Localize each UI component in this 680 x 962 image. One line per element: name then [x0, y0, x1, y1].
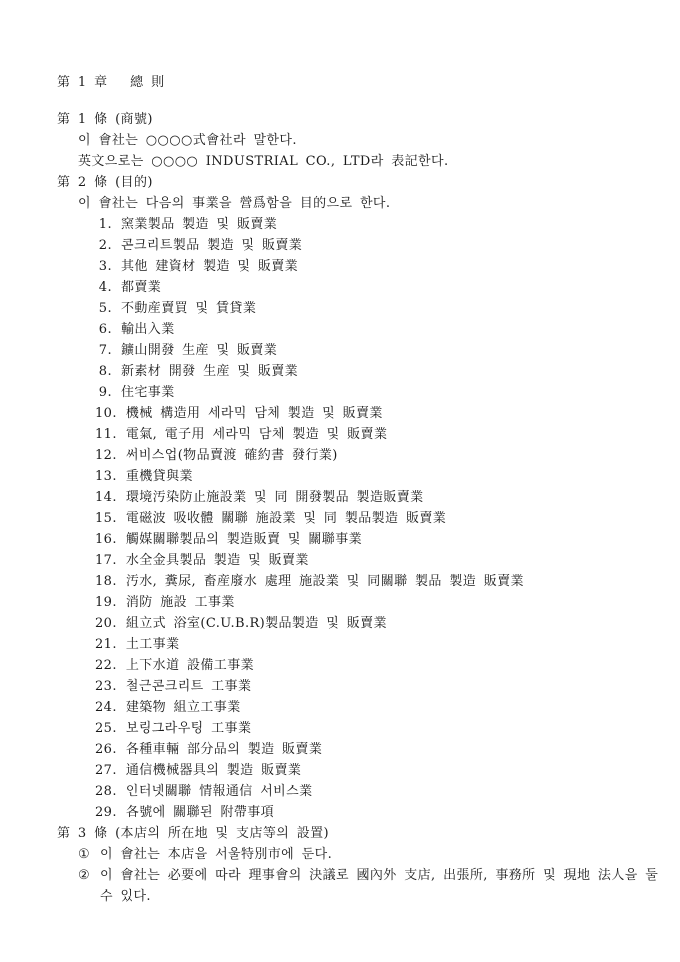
item-text: 環境汚染防止施設業 및 同 開發製品 製造販賣業 — [126, 487, 424, 508]
item-number: 26. — [95, 739, 117, 760]
business-item: 22. 上下水道 設備工事業 — [57, 655, 650, 676]
item-text: 上下水道 設備工事業 — [126, 655, 254, 676]
item-text: 窯業製品 製造 및 販賣業 — [121, 214, 277, 235]
item-number: 29. — [95, 802, 117, 823]
business-item: 28. 인터넷關聯 情報通信 서비스業 — [57, 781, 650, 802]
article-2-heading: 第 2 條 (目的) — [57, 172, 650, 193]
item-number: 9. — [95, 382, 112, 403]
clause-2-line-1: 이 會社는 必要에 따라 理事會의 決議로 國內外 支店, 出張所, 事務所 및… — [100, 865, 658, 886]
business-item: 9. 住宅事業 — [57, 382, 650, 403]
business-item: 15. 電磁波 吸收體 關聯 施設業 및 同 製品製造 販賣業 — [57, 508, 650, 529]
item-number: 15. — [95, 508, 117, 529]
item-text: 鑛山開發 生産 및 販賣業 — [121, 340, 277, 361]
item-number: 24. — [95, 697, 117, 718]
item-text: 電氣, 電子用 세라믹 담체 製造 및 販賣業 — [126, 424, 387, 445]
item-number: 6. — [95, 319, 112, 340]
item-text: 不動産賣買 및 賃貸業 — [121, 298, 256, 319]
item-text: 各種車輛 部分品의 製造 販賣業 — [126, 739, 322, 760]
item-number: 1. — [95, 214, 112, 235]
clause-1-line: 이 會社는 本店을 서울特別市에 둔다. — [100, 844, 332, 865]
business-item: 8. 新素材 開發 生産 및 販賣業 — [57, 361, 650, 382]
business-item: 24. 建築物 組立工事業 — [57, 697, 650, 718]
item-text: 組立式 浴室(C.U.B.R)製品製造 및 販賣業 — [126, 613, 387, 634]
item-text: 都賣業 — [121, 277, 161, 298]
item-number: 11. — [95, 424, 117, 445]
clause-1-text: 이 會社는 本店을 서울特別市에 둔다. — [100, 844, 332, 865]
business-item: 5. 不動産賣買 및 賃貸業 — [57, 298, 650, 319]
article-3-clause-2: ② 이 會社는 必要에 따라 理事會의 決議로 國內外 支店, 出張所, 事務所… — [57, 865, 650, 907]
business-item: 14. 環境汚染防止施設業 및 同 開發製品 製造販賣業 — [57, 487, 650, 508]
item-number: 21. — [95, 634, 117, 655]
business-item: 3. 其他 建資材 製造 및 販賣業 — [57, 256, 650, 277]
item-text: 重機貸與業 — [126, 466, 193, 487]
item-number: 25. — [95, 718, 117, 739]
item-text: 通信機械器具의 製造 販賣業 — [126, 760, 301, 781]
item-text: 인터넷關聯 情報通信 서비스業 — [126, 781, 313, 802]
business-item: 13. 重機貸與業 — [57, 466, 650, 487]
item-text: 新素材 開發 生産 및 販賣業 — [121, 361, 298, 382]
item-text: 汚水, 糞尿, 畜産廢水 處理 施設業 및 同關聯 製品 製造 販賣業 — [126, 571, 524, 592]
item-number: 17. — [95, 550, 117, 571]
business-item: 16. 觸媒關聯製品의 製造販賣 및 關聯事業 — [57, 529, 650, 550]
business-item: 11. 電氣, 電子用 세라믹 담체 製造 및 販賣業 — [57, 424, 650, 445]
item-number: 7. — [95, 340, 112, 361]
business-item: 21. 土工事業 — [57, 634, 650, 655]
item-text: 보링그라우팅 工事業 — [126, 718, 251, 739]
item-number: 28. — [95, 781, 117, 802]
business-items-list: 1. 窯業製品 製造 및 販賣業 2. 콘크리트製品 製造 및 販賣業 3. 其… — [57, 214, 650, 823]
item-number: 5. — [95, 298, 112, 319]
item-text: 建築物 組立工事業 — [126, 697, 241, 718]
item-text: 輸出入業 — [121, 319, 175, 340]
item-text: 機械 構造用 세라믹 담체 製造 및 販賣業 — [126, 403, 383, 424]
business-item: 2. 콘크리트製品 製造 및 販賣業 — [57, 235, 650, 256]
item-number: 10. — [95, 403, 117, 424]
chapter-heading: 第 1 章 總 則 — [57, 72, 650, 93]
item-number: 19. — [95, 592, 117, 613]
article-2-intro: 이 會社는 다음의 事業을 營爲함을 目的으로 한다. — [57, 193, 650, 214]
item-number: 22. — [95, 655, 117, 676]
item-text: 觸媒關聯製品의 製造販賣 및 關聯事業 — [126, 529, 362, 550]
clause-2-marker: ② — [78, 865, 92, 907]
clause-1-marker: ① — [78, 844, 92, 865]
item-number: 27. — [95, 760, 117, 781]
item-number: 18. — [95, 571, 117, 592]
document-page: 第 1 章 總 則 第 1 條 (商號) 이 會社는 ○○○○式會社라 말한다.… — [0, 0, 680, 962]
business-item: 18. 汚水, 糞尿, 畜産廢水 處理 施設業 및 同關聯 製品 製造 販賣業 — [57, 571, 650, 592]
item-number: 14. — [95, 487, 117, 508]
item-number: 3. — [95, 256, 112, 277]
item-number: 13. — [95, 466, 117, 487]
item-text: 철근콘크리트 工事業 — [126, 676, 251, 697]
item-number: 4. — [95, 277, 112, 298]
item-number: 12. — [95, 445, 117, 466]
clause-2-text: 이 會社는 必要에 따라 理事會의 決議로 國內外 支店, 出張所, 事務所 및… — [100, 865, 658, 907]
business-item: 12. 써비스업(物品賣渡 確約書 發行業) — [57, 445, 650, 466]
item-number: 20. — [95, 613, 117, 634]
item-text: 各號에 關聯된 附帶事項 — [126, 802, 274, 823]
article-1-heading: 第 1 條 (商號) — [57, 109, 650, 130]
item-number: 8. — [95, 361, 112, 382]
business-item: 17. 水全金具製品 製造 및 販賣業 — [57, 550, 650, 571]
article-1-line-2: 英文으로는 ○○○○ INDUSTRIAL CO., LTD라 表記한다. — [57, 151, 650, 172]
item-text: 水全金具製品 製造 및 販賣業 — [126, 550, 309, 571]
business-item: 27. 通信機械器具의 製造 販賣業 — [57, 760, 650, 781]
business-item: 26. 各種車輛 部分品의 製造 販賣業 — [57, 739, 650, 760]
article-3-clause-1: ① 이 會社는 本店을 서울特別市에 둔다. — [57, 844, 650, 865]
item-number: 2. — [95, 235, 112, 256]
item-text: 써비스업(物品賣渡 確約書 發行業) — [126, 445, 338, 466]
item-number: 23. — [95, 676, 117, 697]
business-item: 20. 組立式 浴室(C.U.B.R)製品製造 및 販賣業 — [57, 613, 650, 634]
item-text: 消防 施設 工事業 — [126, 592, 235, 613]
article-3-heading: 第 3 條 (本店의 所在地 및 支店等의 設置) — [57, 823, 650, 844]
item-number: 16. — [95, 529, 117, 550]
item-text: 電磁波 吸收體 關聯 施設業 및 同 製品製造 販賣業 — [126, 508, 446, 529]
business-item: 4. 都賣業 — [57, 277, 650, 298]
item-text: 콘크리트製品 製造 및 販賣業 — [121, 235, 302, 256]
item-text: 土工事業 — [126, 634, 180, 655]
business-item: 29. 各號에 關聯된 附帶事項 — [57, 802, 650, 823]
business-item: 7. 鑛山開發 生産 및 販賣業 — [57, 340, 650, 361]
business-item: 23. 철근콘크리트 工事業 — [57, 676, 650, 697]
clause-2-line-2: 수 있다. — [100, 886, 658, 907]
business-item: 6. 輸出入業 — [57, 319, 650, 340]
article-1-line-1: 이 會社는 ○○○○式會社라 말한다. — [57, 130, 650, 151]
item-text: 其他 建資材 製造 및 販賣業 — [121, 256, 298, 277]
business-item: 10. 機械 構造用 세라믹 담체 製造 및 販賣業 — [57, 403, 650, 424]
business-item: 1. 窯業製品 製造 및 販賣業 — [57, 214, 650, 235]
business-item: 19. 消防 施設 工事業 — [57, 592, 650, 613]
item-text: 住宅事業 — [121, 382, 175, 403]
business-item: 25. 보링그라우팅 工事業 — [57, 718, 650, 739]
